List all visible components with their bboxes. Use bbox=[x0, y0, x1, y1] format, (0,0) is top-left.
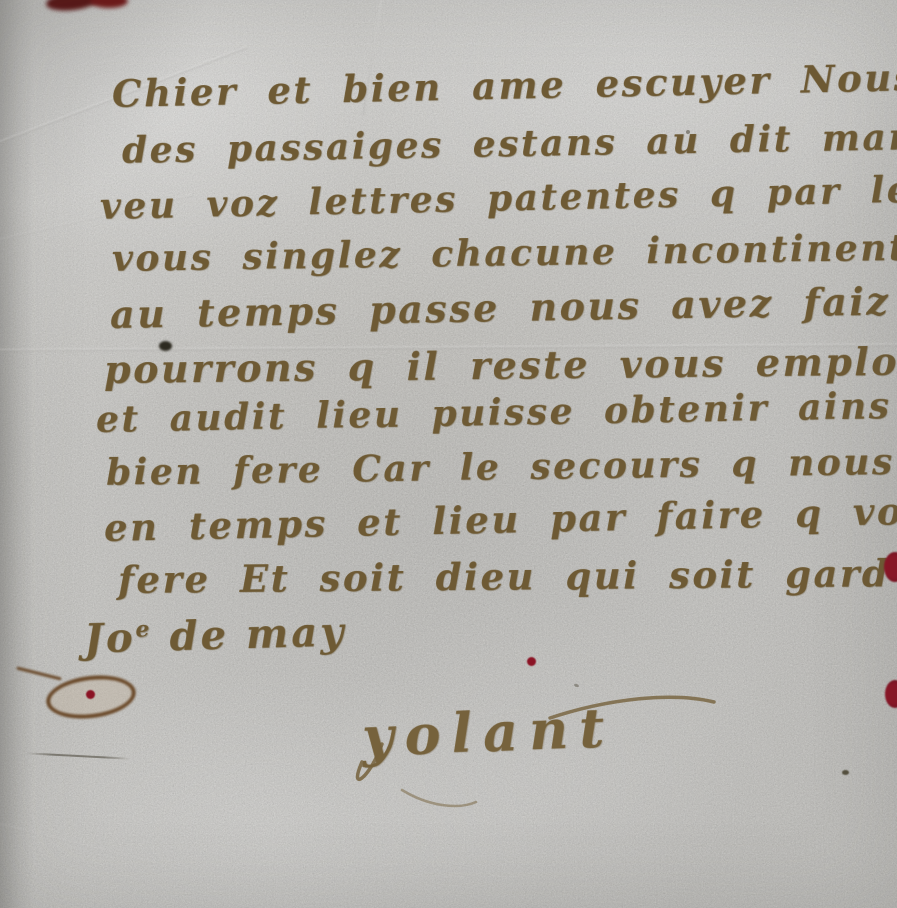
dateline-superscript: e bbox=[135, 616, 153, 642]
speck-mid-bottom bbox=[574, 683, 580, 688]
stain-top-edge-1 bbox=[45, 0, 101, 13]
dateline-rest: de may bbox=[152, 608, 347, 660]
stain-right-edge-2 bbox=[885, 680, 897, 708]
wax-stain-ring bbox=[44, 671, 138, 724]
manuscript-photo: Chier et bien ame escuyer Nous b des pas… bbox=[0, 0, 897, 908]
signature-yolant: Yolant bbox=[361, 695, 616, 769]
wax-stain-tail bbox=[16, 666, 61, 680]
manuscript-line: en temps et lieu par faire q vous bbox=[104, 488, 897, 550]
manuscript-line: bien fere Car le secours q nous pre bbox=[106, 440, 897, 494]
red-ink-dot bbox=[527, 657, 536, 666]
manuscript-line: Chier et bien ame escuyer Nous b bbox=[112, 54, 897, 116]
hairline-fiber bbox=[26, 752, 130, 759]
manuscript-line: pourrons q il reste vous emplo bbox=[104, 339, 897, 392]
crease-bottom-left bbox=[0, 821, 158, 864]
manuscript-line: vous singlez chacune incontinent p bbox=[112, 226, 897, 280]
manuscript-line: et audit lieu puisse obtenir ains eult bbox=[96, 383, 897, 441]
manuscript-line: fere Et soit dieu qui soit gard bbox=[118, 551, 891, 602]
dateline-prefix: Jo bbox=[83, 614, 136, 662]
manuscript-line: des passaiges estans au dit mandem bbox=[122, 114, 897, 172]
stain-top-edge-2 bbox=[90, 0, 128, 8]
speck-bottom-right bbox=[842, 770, 849, 775]
dateline: Joe de may bbox=[83, 608, 347, 662]
manuscript-line: veu voz lettres patentes q par le pre bbox=[100, 167, 897, 228]
manuscript-line: au temps passe nous avez faiz bbox=[110, 278, 891, 337]
wax-red-speck bbox=[86, 690, 95, 699]
left-edge-shadow bbox=[0, 0, 34, 908]
